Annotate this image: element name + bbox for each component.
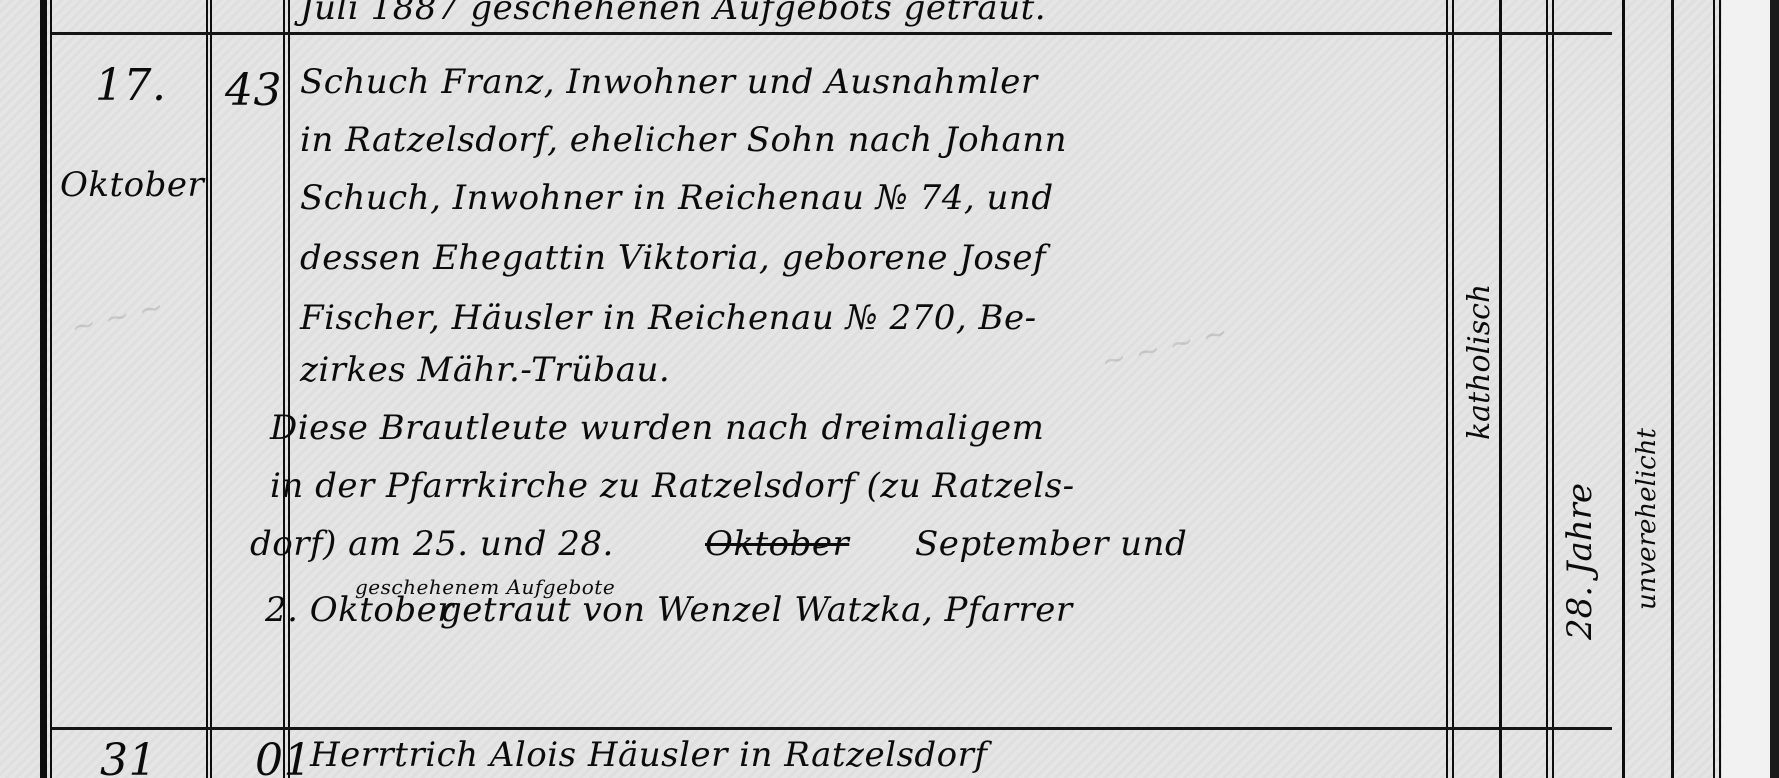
entry-line-7: Diese Brautleute wurden nach dreimaligem (270, 408, 1044, 448)
entry-line-10: 2. Oktober (265, 590, 454, 630)
struck-month: Oktober (705, 524, 849, 564)
entry-line-4: dessen Ehegattin Viktoria, geborene Jose… (300, 238, 1046, 278)
religion-note: katholisch (1462, 284, 1497, 440)
entry-line-9-continuation: September und (915, 524, 1187, 564)
row-divider (52, 32, 1612, 35)
column-rule (206, 0, 208, 778)
entry-line-8: in der Pfarrkirche zu Ratzelsdorf (zu Ra… (270, 466, 1075, 506)
bleed-through: ~ ~ ~ ~ (1098, 315, 1232, 380)
column-rule (1622, 0, 1625, 778)
entry-line-9: dorf) am 25. und 28. (250, 524, 614, 564)
entry-line-6: zirkes Mähr.-Trübau. (300, 350, 670, 390)
next-entry-day: 31 (100, 735, 157, 778)
entry-number: 43 (225, 65, 282, 116)
column-rule (1546, 0, 1548, 778)
column-rule (1446, 0, 1448, 778)
column-rule (288, 0, 290, 778)
column-rule (283, 0, 285, 778)
bleed-through: ~ ~ ~ (67, 289, 167, 346)
column-rule (1713, 0, 1715, 778)
marital-status-note: unverehelicht (1632, 428, 1662, 610)
column-rule (1452, 0, 1454, 778)
entry-line-5: Fischer, Häusler in Reichenau № 270, Be- (300, 298, 1037, 338)
column-rule (1671, 0, 1674, 778)
column-rule (210, 0, 212, 778)
column-rule (50, 0, 52, 778)
entry-day: 17. (95, 60, 166, 111)
next-entry-number: 01 (255, 735, 312, 778)
entry-line-1: Schuch Franz, Inwohner und Ausnahmler (300, 62, 1038, 102)
previous-entry-tail: Juli 1887 geschehenen Aufgebots getraut. (300, 0, 1046, 28)
column-rule (1552, 0, 1554, 778)
page-edge (1770, 0, 1779, 778)
next-entry-text: Herrtrich Alois Häusler in Ratzelsdorf (310, 735, 987, 775)
age-note: 28. Jahre (1560, 483, 1600, 640)
entry-line-2: in Ratzelsdorf, ehelicher Sohn nach Joha… (300, 120, 1067, 160)
entry-line-3: Schuch, Inwohner in Reichenau № 74, und (300, 178, 1054, 218)
row-divider (52, 727, 1612, 730)
entry-line-11: getraut von Wenzel Watzka, Pfarrer (440, 590, 1073, 630)
column-rule (1719, 0, 1721, 778)
left-border-rule (40, 0, 47, 778)
register-page: ~ ~ ~ ~ ~ ~ ~ Juli 1887 geschehenen Aufg… (0, 0, 1779, 778)
column-rule (1499, 0, 1502, 778)
entry-month: Oktober (60, 165, 204, 205)
